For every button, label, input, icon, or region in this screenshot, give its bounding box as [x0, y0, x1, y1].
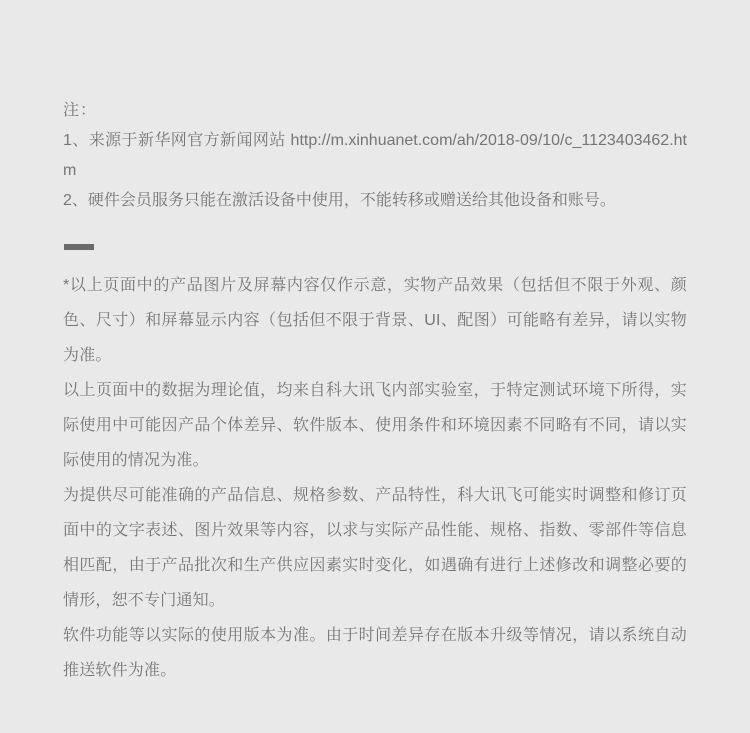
- notes-title: 注：: [63, 96, 687, 126]
- notes-section: 注： 1、来源于新华网官方新闻网站 http://m.xinhuanet.com…: [63, 96, 687, 216]
- disclaimer-page: 注： 1、来源于新华网官方新闻网站 http://m.xinhuanet.com…: [0, 0, 750, 733]
- disclaimer-paragraph-spec-adjustments: 为提供尽可能准确的产品信息、规格参数、产品特性，科大讯飞可能实时调整和修订页面中…: [63, 478, 687, 618]
- disclaimer-paragraph-software-version: 软件功能等以实际的使用版本为准。由于时间差异存在版本升级等情况，请以系统自动推送…: [63, 618, 687, 688]
- note-item-source-url: 1、来源于新华网官方新闻网站 http://m.xinhuanet.com/ah…: [63, 126, 687, 186]
- note-item-hardware-membership: 2、硬件会员服务只能在激活设备中使用，不能转移或赠送给其他设备和账号。: [63, 186, 687, 216]
- disclaimer-paragraph-product-images: *以上页面中的产品图片及屏幕内容仅作示意，实物产品效果（包括但不限于外观、颜色、…: [63, 268, 687, 373]
- disclaimer-section: *以上页面中的产品图片及屏幕内容仅作示意，实物产品效果（包括但不限于外观、颜色、…: [63, 268, 687, 688]
- section-divider-bar: [64, 244, 94, 250]
- disclaimer-paragraph-theoretical-data: 以上页面中的数据为理论值，均来自科大讯飞内部实验室，于特定测试环境下所得，实际使…: [63, 373, 687, 478]
